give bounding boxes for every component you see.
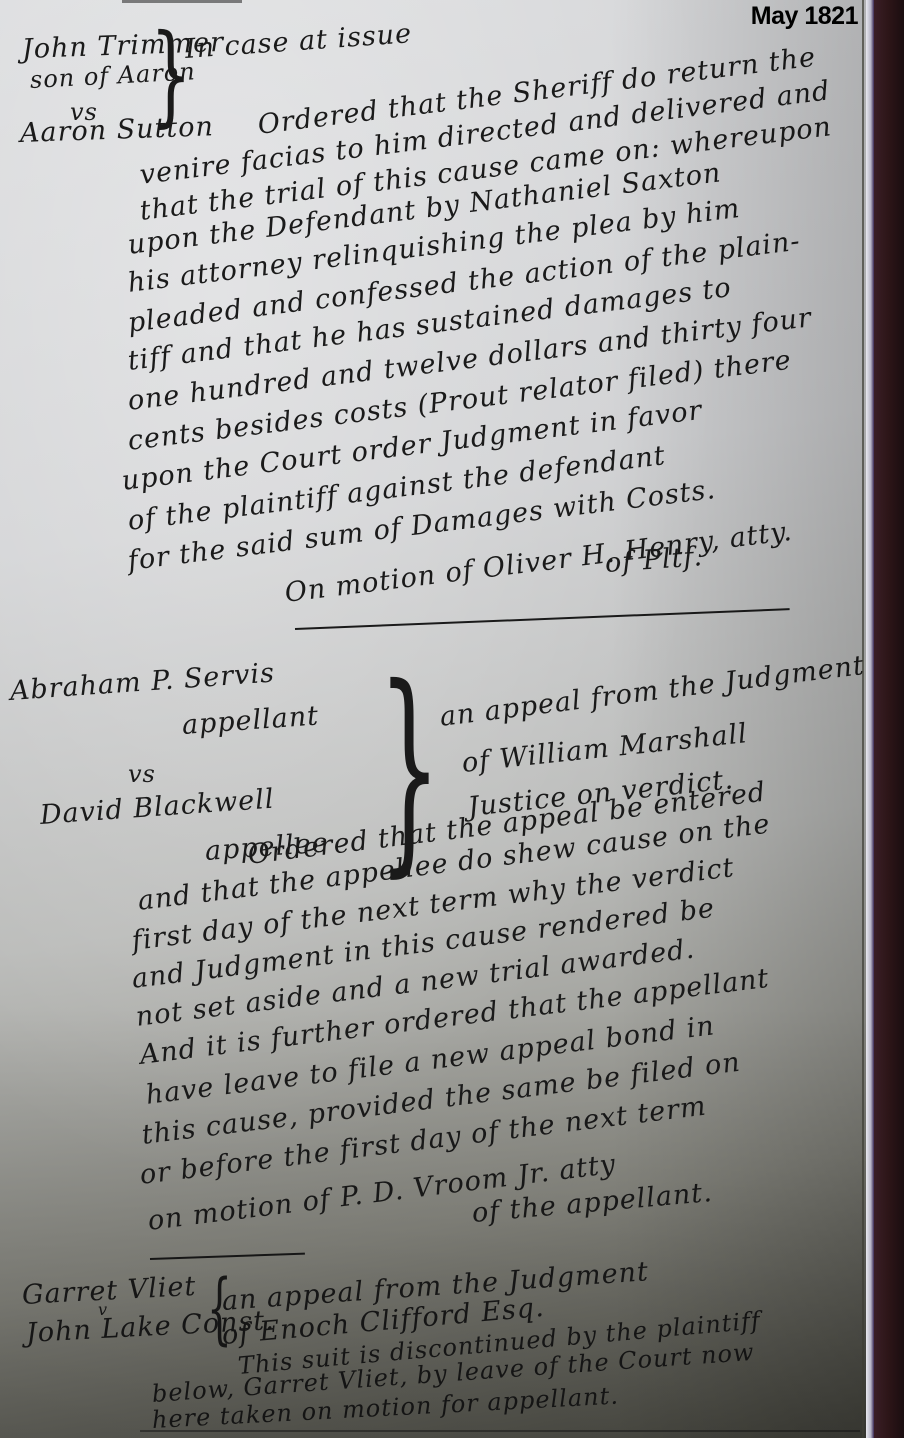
entry2-party-line2: appellant xyxy=(181,700,320,740)
entry1-caption: In case at issue xyxy=(184,18,413,65)
entry3-party-line1: Garret Vliet xyxy=(21,1271,197,1311)
entry2-caption-line: an appeal from the Judgment xyxy=(438,650,866,733)
entry1-brace-icon: } xyxy=(150,10,192,138)
margin-rule xyxy=(862,0,864,1438)
page-edge xyxy=(866,0,874,1438)
entry2-party-line3: David Blackwell xyxy=(39,784,276,831)
top-rule xyxy=(122,0,242,3)
entry1-signoff: of Pltf. xyxy=(604,541,704,579)
bottom-rule xyxy=(140,1430,860,1432)
date-label: May 1821 xyxy=(751,2,858,31)
manuscript-page: John Trimmer son of Aaron vs Aaron Sutto… xyxy=(0,0,872,1438)
entry2-party-line1: Abraham P. Servis xyxy=(9,658,276,707)
entry-separator-rule xyxy=(150,1253,305,1260)
entry-separator-rule xyxy=(295,608,790,630)
book-binding xyxy=(874,0,904,1438)
entry2-versus: vs xyxy=(128,760,156,788)
